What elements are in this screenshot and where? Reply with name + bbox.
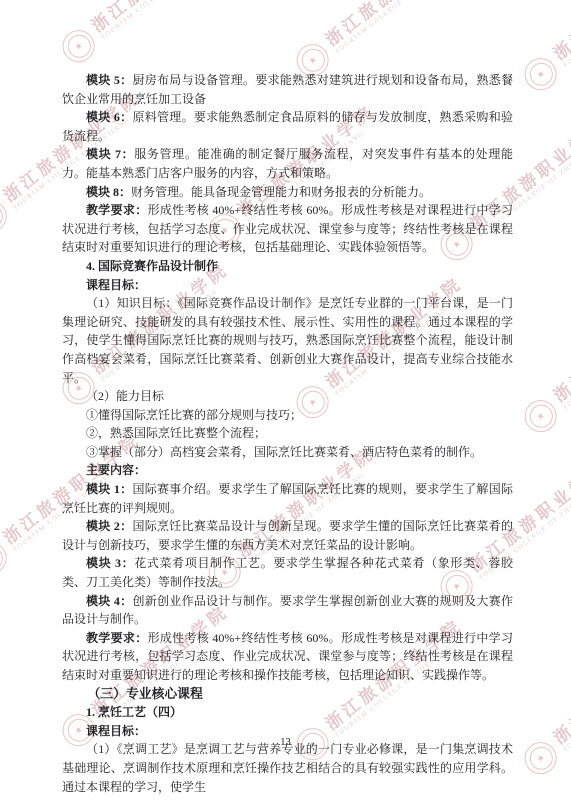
paragraph-6: 4. 国际竞赛作品设计制作 [62,257,513,276]
college-seal-icon: ★ [518,52,563,97]
college-seal-icon: ★ [56,24,101,69]
paragraph-20: 1. 烹饪工艺（四） [62,703,513,722]
paragraph-4: 模块 8：财务管理。能具备现金管理能力和财务报表的分析能力。 [62,183,513,202]
watermark-text-en: TOURISM COLLEGE OF ZHEJIANG [562,303,571,413]
college-seal-icon: ★ [0,536,13,581]
paragraph-5: 教学要求：形成性考核 40%+终结性考核 60%。形成性考核是对课程进行中学习状… [62,201,513,257]
watermark-text-en: TOURISM COLLEGE OF ZHEJIANG [334,0,471,56]
paragraph-9: （2）能力目标 [62,387,513,406]
paragraph-label: 模块 8： [86,185,131,199]
paragraph-8: （1）知识目标：《国际竞赛作品设计制作》是烹饪专业群的一门平台课，是一门集理论研… [62,294,513,387]
paragraph-2: 模块 6：原料管理。要求能熟悉制定食品原料的储存与发放制度，熟悉采购和验货流程。 [62,108,513,145]
paragraph-14: 模块 1：国际赛事介绍。要求学生了解国际烹饪比赛的规则，要求学生了解国际烹饪比赛… [62,480,513,517]
watermark-text-cn: 浙江旅游职业学院 [551,288,571,406]
seal-star-icon: ★ [524,400,556,432]
paragraph-label: 模块 7： [86,147,134,161]
paragraph-label: 模块 3： [86,556,134,570]
college-seal-icon: ★ [0,194,13,239]
watermark-text-cn: 浙江旅游职业学院 [89,0,233,36]
paragraph-19: （三）专业核心课程 [62,685,513,704]
watermark-text-cn: 浙江旅游职业学院 [551,0,571,64]
document-page: ★浙江旅游职业学院TOURISM COLLEGE OF ZHEJIANG★浙江旅… [0,0,571,808]
paragraph-15: 模块 2：国际烹饪比赛菜品设计与创新呈现。要求学生懂的国际烹饪比赛菜肴的设计与创… [62,517,513,554]
watermark-stamp: ★浙江旅游职业学院TOURISM COLLEGE OF ZHEJIANG [56,0,239,69]
seal-star-icon: ★ [0,542,7,574]
paragraph-22: （1）《烹调工艺》是烹调工艺与营养专业的一门专业必修课，是一门集烹调技术基础理论… [62,740,513,796]
watermark-text-en: TOURISM COLLEGE OF ZHEJIANG [562,0,571,70]
paragraph-10: ①懂得国际烹饪比赛的部分规则与技巧； [62,406,513,425]
paragraph-label: 模块 4： [86,594,132,608]
watermark-stamp: ★浙江旅游职业学院TOURISM COLLEGE OF ZHEJIANG [518,628,571,781]
seal-star-icon: ★ [0,200,7,232]
watermark-text-cn: 浙江旅游职业学院 [551,630,571,748]
watermark-stamp: ★浙江旅游职业学院TOURISM COLLEGE OF ZHEJIANG [518,0,571,97]
document-content: 模块 5：厨房布局与设备管理。要求能熟悉对建筑进行规划和设备布局，熟悉餐饮企业常… [62,71,513,796]
paragraph-7: 课程目标： [62,276,513,295]
paragraph-11: ②，熟悉国际烹饪比赛整个流程； [62,424,513,443]
watermark-text: 浙江旅游职业学院TOURISM COLLEGE OF ZHEJIANG [551,0,571,70]
page-number: 13 [0,737,571,748]
paragraph-1: 模块 5：厨房布局与设备管理。要求能熟悉对建筑进行规划和设备布局，熟悉餐饮企业常… [62,71,513,108]
watermark-text-cn: 浙江旅游职业学院 [323,0,467,50]
watermark-text: 浙江旅游职业学院TOURISM COLLEGE OF ZHEJIANG [551,288,571,412]
paragraph-13: 主要内容： [62,461,513,480]
paragraph-label: 模块 5： [86,73,132,87]
paragraph-12: ③掌握（部分）高档宴会菜肴，国际烹饪比赛菜肴、酒店特色菜肴的制作。 [62,443,513,462]
watermark-stamp: ★浙江旅游职业学院TOURISM COLLEGE OF ZHEJIANG [518,286,571,439]
watermark-text: 浙江旅游职业学院TOURISM COLLEGE OF ZHEJIANG [551,630,571,754]
paragraph-label: 模块 6： [86,110,132,124]
seal-star-icon: ★ [62,30,94,62]
paragraph-label: 模块 1： [86,482,132,496]
watermark-text-en: TOURISM COLLEGE OF ZHEJIANG [100,0,237,42]
watermark-text: 浙江旅游职业学院TOURISM COLLEGE OF ZHEJIANG [323,0,472,56]
paragraph-18: 教学要求：形成性考核 40%+终结性考核 60%。形成性考核是对课程进行中学习状… [62,629,513,685]
paragraph-label: 教学要求： [86,203,148,217]
seal-star-icon: ★ [524,58,556,90]
paragraph-label: 模块 2： [86,519,132,533]
paragraph-17: 模块 4：创新创业作品设计与制作。要求学生掌握创新创业大赛的规则及大赛作品设计与… [62,592,513,629]
paragraph-16: 模块 3：花式菜肴项目制作工艺。要求学生掌握各种花式菜肴（象形类、蓉胶类、刀工美… [62,554,513,591]
watermark-text: 浙江旅游职业学院TOURISM COLLEGE OF ZHEJIANG [89,0,238,42]
paragraph-label: 教学要求： [86,631,148,645]
paragraph-3: 模块 7：服务管理。能准确的制定餐厅服务流程，对突发事件有基本的处理能力。能基本… [62,145,513,182]
college-seal-icon: ★ [518,394,563,439]
